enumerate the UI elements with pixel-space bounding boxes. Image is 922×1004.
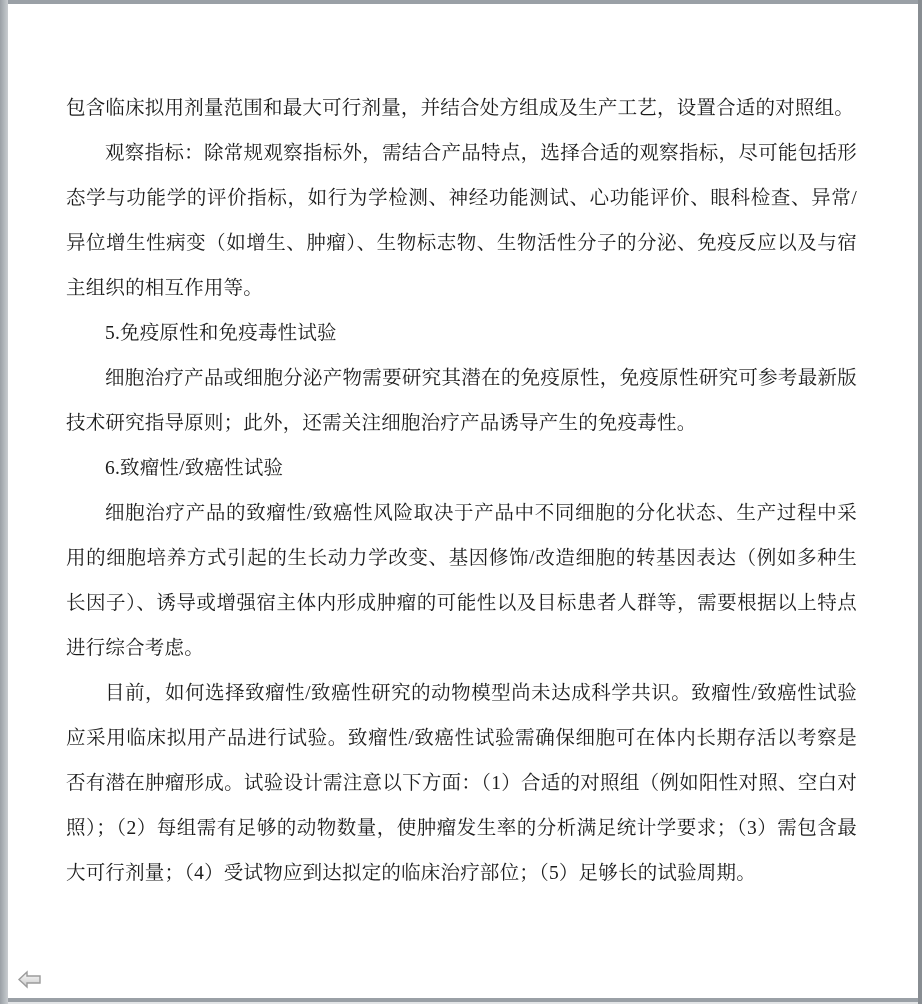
previous-page-button[interactable] (17, 969, 43, 991)
reader-window: 包含临床拟用剂量范围和最大可行剂量，并结合处方组成及生产工艺，设置合适的对照组。… (0, 0, 922, 1004)
paragraph: 细胞治疗产品的致瘤性/致癌性风险取决于产品中不同细胞的分化状态、生产过程中采用的… (66, 491, 857, 671)
paragraph: 细胞治疗产品或细胞分泌产物需要研究其潜在的免疫原性，免疫原性研究可参考最新版技术… (66, 356, 857, 446)
document-page: 包含临床拟用剂量范围和最大可行剂量，并结合处方组成及生产工艺，设置合适的对照组。… (8, 4, 918, 998)
paragraph: 6.致瘤性/致癌性试验 (66, 446, 857, 491)
paragraph: 目前，如何选择致瘤性/致癌性研究的动物模型尚未达成科学共识。致瘤性/致癌性试验应… (66, 671, 857, 896)
paragraph: 包含临床拟用剂量范围和最大可行剂量，并结合处方组成及生产工艺，设置合适的对照组。 (66, 86, 857, 131)
document-body: 包含临床拟用剂量范围和最大可行剂量，并结合处方组成及生产工艺，设置合适的对照组。… (66, 86, 857, 896)
paragraph: 观察指标：除常规观察指标外，需结合产品特点，选择合适的观察指标，尽可能包括形态学… (66, 131, 857, 311)
window-right-edge (918, 0, 922, 1004)
window-left-edge (0, 0, 8, 1004)
paragraph: 5.免疫原性和免疫毒性试验 (66, 311, 857, 356)
left-arrow-icon (17, 969, 43, 991)
